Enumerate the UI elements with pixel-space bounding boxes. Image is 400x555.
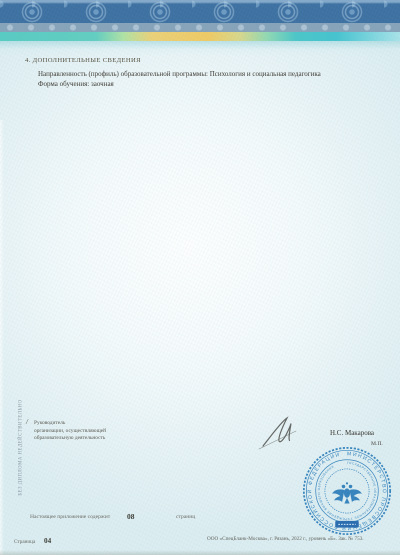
guilloche-band-fade [0,41,400,56]
pages-statement-prefix: Настоящее приложение содержит [30,514,110,520]
page-number-label: Страница [14,539,35,545]
official-seal-stamp: МИНИСТЕРСТВО ПРОСВЕЩЕНИЯ РОССИЙСКОЙ ФЕДЕ… [302,446,392,536]
page-number-value: 04 [44,537,51,545]
pages-count-value: 08 [127,512,134,521]
side-security-caption: БЕЗ ДИПЛОМА НЕДЕЙСТВИТЕЛЬНО [17,391,26,505]
double-headed-eagle-emblem [332,482,362,503]
scan-edge-left [0,120,4,555]
signatory-title-block: / Руководитель организации, осуществляющ… [27,420,106,443]
handwritten-signature [256,414,308,452]
printer-imprint: ООО «СпецБланк-Москва», г. Рязань, 2022 … [207,536,364,542]
study-form-line: Форма обучения: заочная [38,80,114,88]
signature-slash-mark: / [26,419,28,427]
stamp-number-banner [335,521,359,528]
diploma-supplement-page: 4. ДОПОЛНИТЕЛЬНЫЕ СВЕДЕНИЯ Направленност… [0,0,400,555]
signer-name: Н.С. Макарова [330,429,374,437]
pages-statement-suffix: страниц [176,514,195,520]
guilloche-band-dark [0,0,400,23]
signatory-title-line: Руководитель [34,420,106,428]
guilloche-band-teal [0,32,400,41]
guilloche-band-mid [0,23,400,32]
scan-edge-bottom [0,550,400,555]
signatory-title-line: образовательную деятельность [34,435,106,443]
section-title: 4. ДОПОЛНИТЕЛЬНЫЕ СВЕДЕНИЯ [25,57,141,64]
program-profile-line: Направленность (профиль) образовательной… [38,70,321,78]
